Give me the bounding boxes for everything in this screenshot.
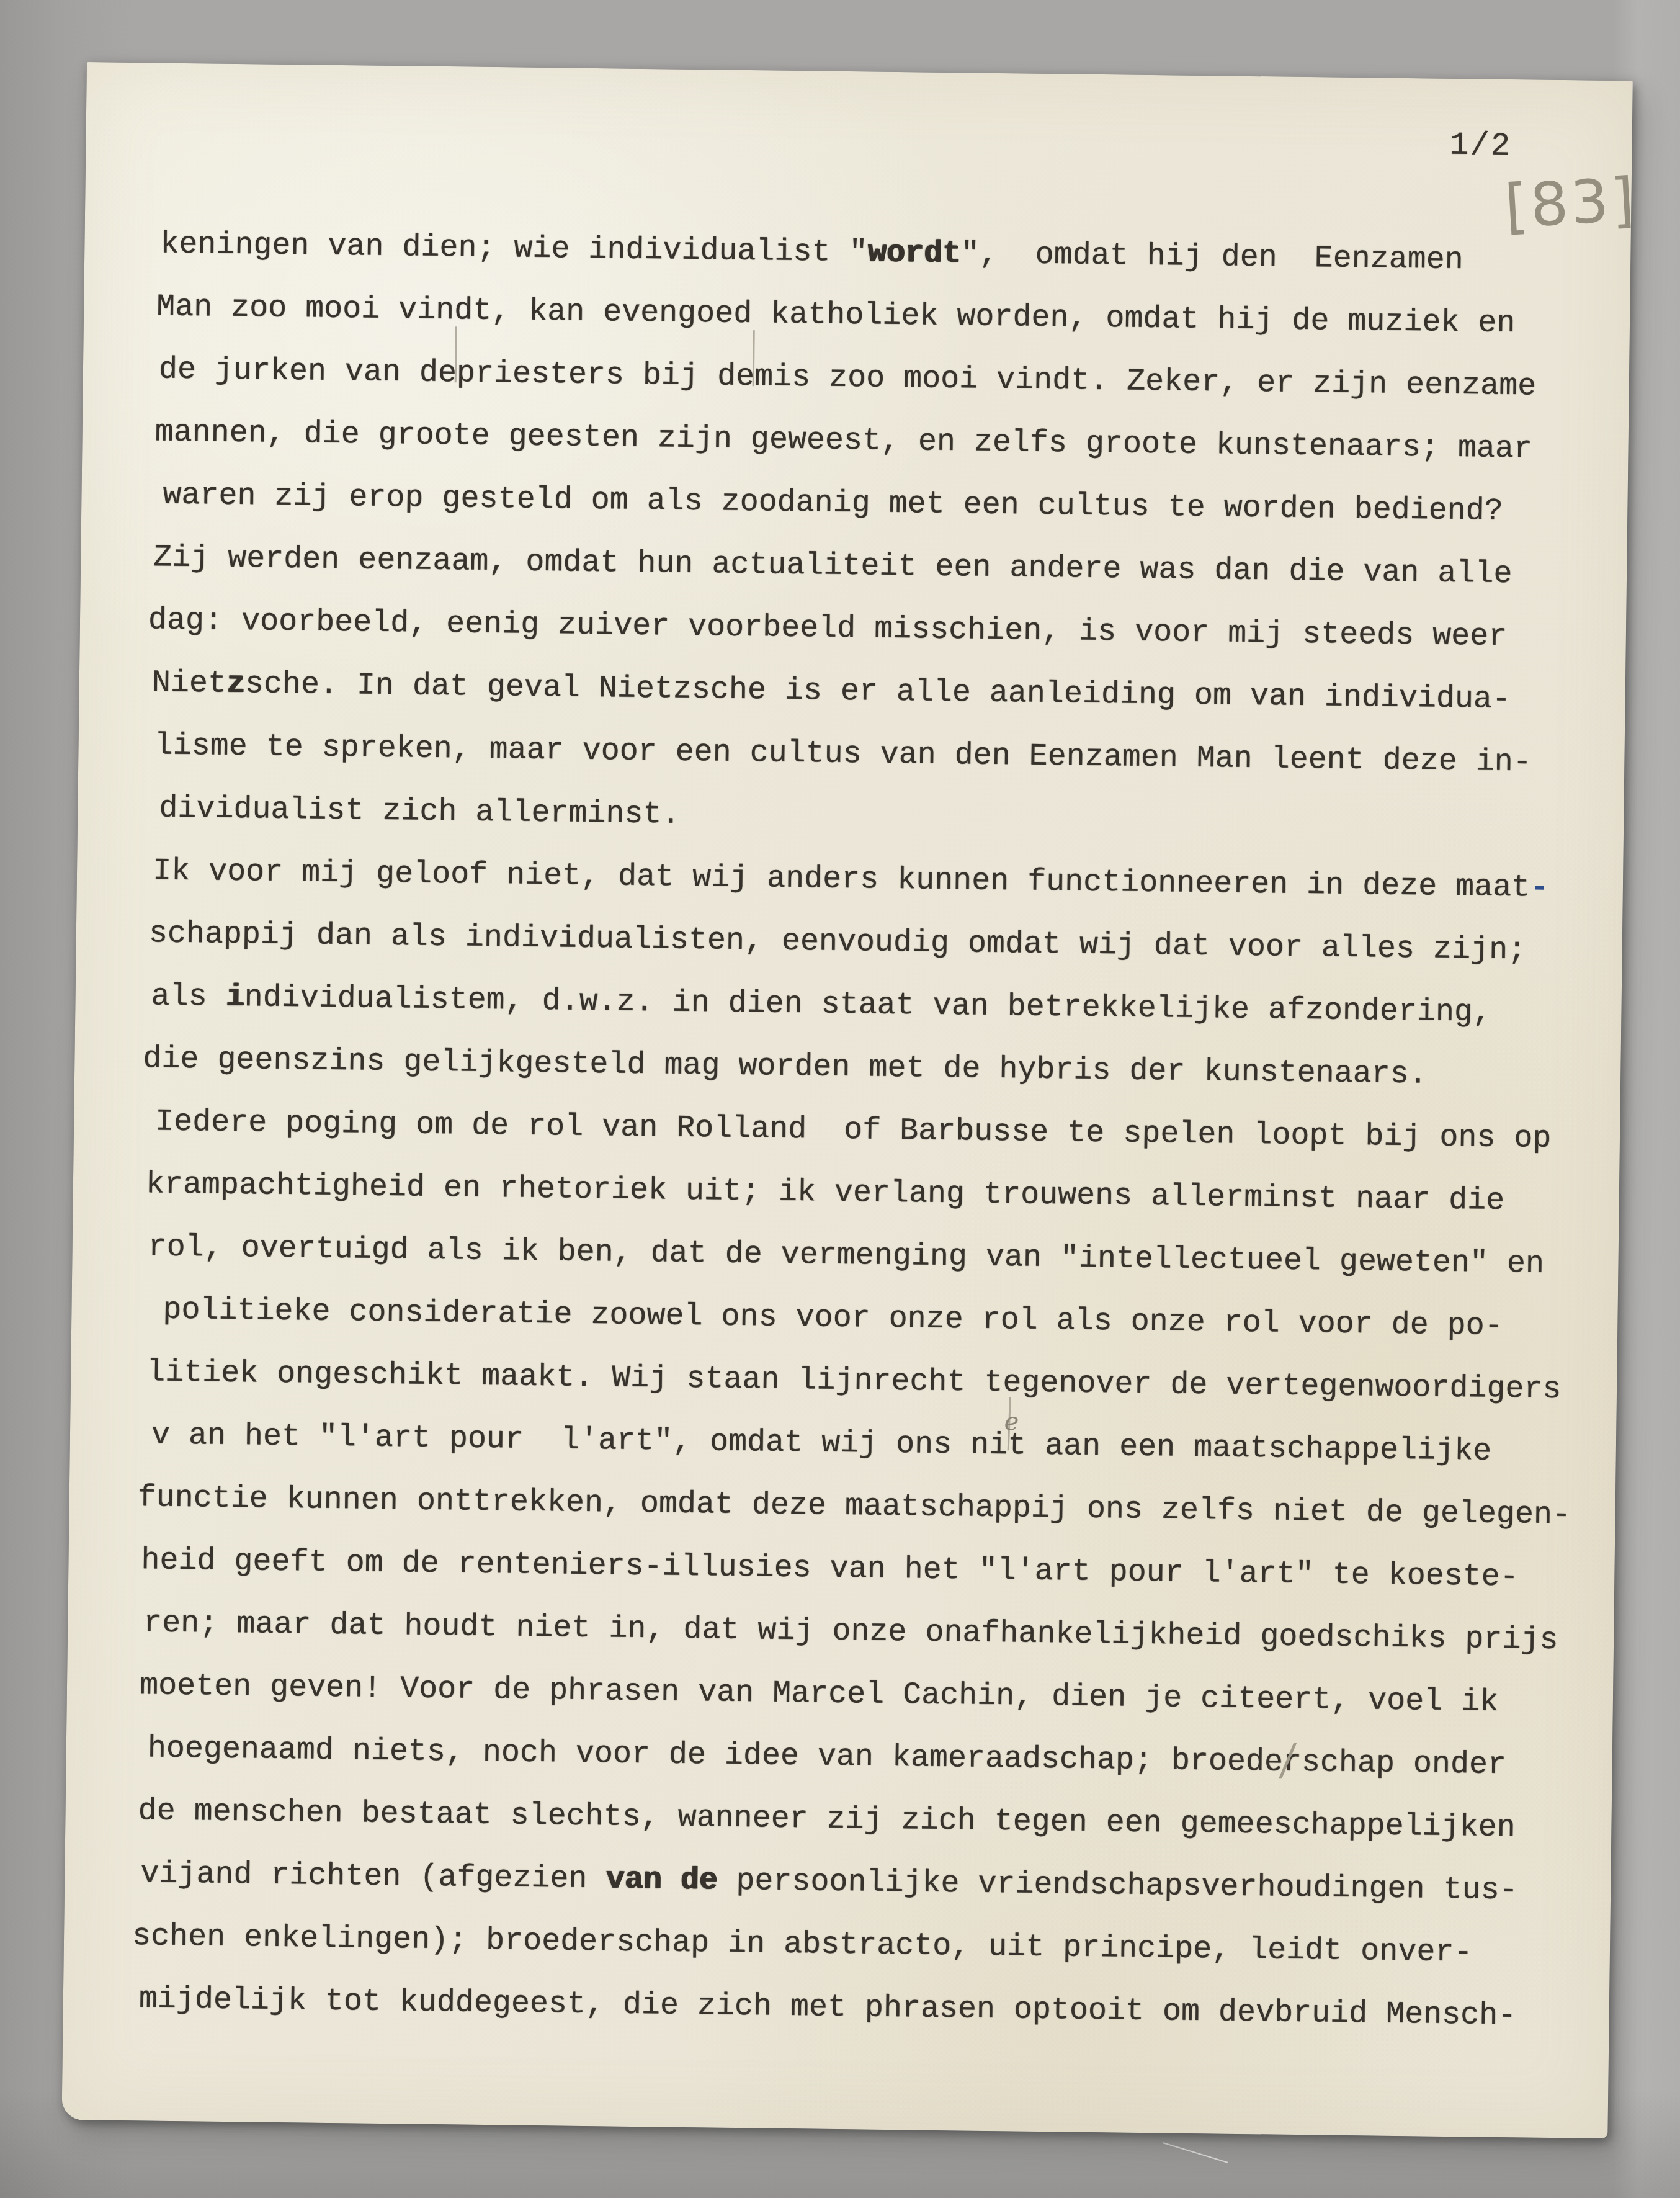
text-segment: Ik voor mij geloof niet, dat wij anders … — [153, 853, 1530, 905]
text-segment: sche. In dat geval Nietzsche is er alle … — [244, 666, 1511, 717]
text-segment: litiek ongeschikt maakt. Wij staan lijnr… — [146, 1355, 1562, 1407]
text-segment: schen enkelingen); broederschap in abstr… — [132, 1919, 1473, 1970]
text-segment: persoonlijke vriendschapsverhoudingen tu… — [717, 1864, 1518, 1909]
text-segment: rschap onder — [1283, 1745, 1507, 1783]
text-segment: Iedere poging om de rol van Rolland of B… — [155, 1104, 1552, 1156]
text-segment: mis zoo mooi vindt. Zeker, er zijn eenza… — [754, 359, 1537, 404]
text-segment-overstrike: z — [226, 666, 245, 702]
text-segment-overstrike: van de — [605, 1862, 718, 1898]
text-segment: functie kunnen onttrekken, omdat deze ma… — [137, 1480, 1571, 1533]
typewritten-lines: keningen van dien; wie individualist "wo… — [138, 213, 1606, 2048]
text-segment: Niet — [151, 665, 226, 701]
text-segment: vijand richten (afgezien — [140, 1856, 606, 1897]
text-segment: dividualist zich allerminst. — [159, 791, 681, 833]
text-segment: heid geeft om de renteniers-illusies van… — [141, 1543, 1519, 1595]
text-segment: schappij dan als individualisten, eenvou… — [148, 916, 1526, 968]
text-segment: ", omdat hij den Eenzamen — [960, 236, 1463, 278]
text-segment: keningen van dien; wie individualist " — [160, 227, 868, 271]
text-segment-overstrike: i — [225, 980, 244, 1015]
text-segment: krampachtigheid en rhetoriek uit; ik ver… — [146, 1167, 1505, 1219]
scratch-mark — [1163, 2142, 1228, 2163]
text-segment: de jurken van de — [159, 352, 457, 391]
text-segment: de menschen bestaat slechts, wanneer zij… — [138, 1793, 1516, 1846]
text-segment: lisme te spreken, maar voor een cultus v… — [154, 728, 1532, 780]
text-segment: hoegenaamd niets, noch voor de idee van … — [147, 1731, 1283, 1780]
scanned-document-page: { "colors": { "backdrop": "#a8a7a5", "pa… — [0, 0, 1680, 2198]
text-segment: die geenszins gelijkgesteld mag worden m… — [143, 1041, 1428, 1092]
text-segment: ren; maar dat houdt niet in, dat wij onz… — [143, 1605, 1558, 1658]
text-segment: Zij werden eenzaam, omdat hun actualitei… — [153, 540, 1512, 592]
text-segment: rol, overtuigd als ik ben, dat de vermen… — [148, 1229, 1544, 1281]
text-segment: dag: voorbeeld, eenig zuiver voorbeeld m… — [148, 603, 1508, 655]
text-segment: ndividualistem, d.w.z. in dien staat van… — [244, 980, 1491, 1031]
text-segment-pencil-bar: | — [456, 342, 457, 405]
text-segment: mannen, die groote geesten zijn geweest,… — [154, 415, 1532, 467]
text-segment: mijdelijk tot kuddegeest, die zich met p… — [139, 1981, 1517, 2034]
text-segment: priesters bij de — [457, 356, 755, 395]
archive-annotation-pencil: [83] — [1503, 169, 1638, 236]
text-segment: Man zoo mooi vindt, kan evengoed katholi… — [156, 289, 1516, 341]
text-segment: als — [151, 979, 226, 1015]
text-segment-blue-dash: - — [1530, 871, 1549, 906]
page-number: 1/2 — [1449, 127, 1511, 164]
paper-sheet: 1/2 [83] keningen van dien; wie individu… — [61, 62, 1632, 2138]
text-segment: v an het "l'art pour l'art", omdat wij o… — [151, 1417, 1008, 1463]
text-segment: waren zij erop gesteld om als zoodanig m… — [163, 478, 1503, 529]
text-segment: politieke consideratie zoowel ons voor o… — [144, 1292, 1503, 1344]
text-segment-pencil-bar: | — [754, 346, 754, 408]
text-segment-overstrike: wordt — [867, 235, 961, 272]
text-segment: t aan een maatschappelijke — [1008, 1428, 1492, 1469]
text-segment: moeten geven! Voor de phrasen van Marcel… — [140, 1668, 1499, 1720]
